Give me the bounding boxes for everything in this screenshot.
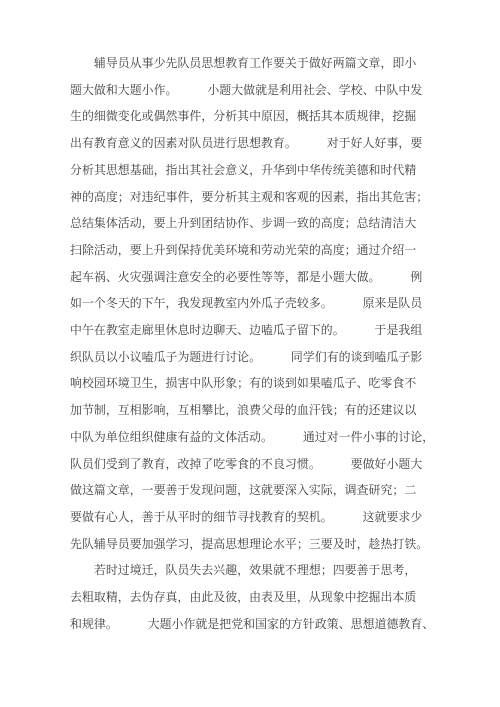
text-line: 中午在教室走廊里休息时边聊天、边嗑瓜子留下的。 于是我组 xyxy=(70,317,438,344)
text-line: 先队辅导员要加强学习，提高思想理论水平；三要及时，趁热打铁。 xyxy=(70,531,438,558)
text-line: 中队为单位组织健康有益的文体活动。 通过对一件小事的讨论， xyxy=(70,424,438,451)
text-line: 分析其思想基础，指出其社会意义，升华到中华传统美德和时代精 xyxy=(70,157,438,184)
text-line: 起车祸、火灾强调注意安全的必要性等等，都是小题大做。 例 xyxy=(70,264,438,291)
document-text: 辅导员从事少先队员思想教育工作要关于做好两篇文章，即小 题大做和大题小作。 小题… xyxy=(70,50,438,637)
text-line: 生的细微变化或偶然事件，分析其中原因，概括其本质规律，挖掘 xyxy=(70,103,438,130)
document-page: 辅导员从事少先队员思想教育工作要关于做好两篇文章，即小 题大做和大题小作。 小题… xyxy=(0,0,500,707)
paragraph-2: 若时过境迁，队员失去兴趣，效果就不理想；四要善于思考， 去粗取精，去伪存真，由此… xyxy=(70,557,438,637)
text-line: 去粗取精，去伪存真，由此及彼，由表及里，从现象中挖掘出本质 xyxy=(70,584,438,611)
text-line: 总结集体活动，要上升到团结协作、步调一致的高度；总结清洁大 xyxy=(70,210,438,237)
text-line: 织队员以小议嗑瓜子为题进行讨论。 同学们有的谈到嗑瓜子影 xyxy=(70,344,438,371)
text-line: 和规律。 大题小作就是把党和国家的方针政策、思想道德教育、 xyxy=(70,611,438,638)
text-line: 若时过境迁，队员失去兴趣，效果就不理想；四要善于思考， xyxy=(70,557,438,584)
text-line: 要做有心人，善于从平时的细节寻找教育的契机。 这就要求少 xyxy=(70,504,438,531)
paragraph-1: 辅导员从事少先队员思想教育工作要关于做好两篇文章，即小 题大做和大题小作。 小题… xyxy=(70,50,438,557)
text-line: 扫除活动，要上升到保持优美环境和劳动光荣的高度；通过介绍一 xyxy=(70,237,438,264)
text-line: 题大做和大题小作。 小题大做就是利用社会、学校、中队中发 xyxy=(70,77,438,104)
text-line: 队员们受到了教育，改掉了吃零食的不良习惯。 要做好小题大 xyxy=(70,451,438,478)
text-line: 如一个冬天的下午，我发现教室内外瓜子壳较多。 原来是队员 xyxy=(70,290,438,317)
text-line: 辅导员从事少先队员思想教育工作要关于做好两篇文章，即小 xyxy=(70,50,438,77)
text-line: 神的高度；对违纪事件，要分析其主观和客观的因素，指出其危害； xyxy=(70,184,438,211)
text-line: 响校园环境卫生，损害中队形象；有的谈到如果嗑瓜子、吃零食不 xyxy=(70,370,438,397)
text-line: 加节制，互相影响，互相攀比，浪费父母的血汗钱；有的还建议以 xyxy=(70,397,438,424)
text-line: 做这篇文章，一要善于发现问题，这就要深入实际，调查研究；二 xyxy=(70,477,438,504)
text-line: 出有教育意义的因素对队员进行思想教育。 对于好人好事，要 xyxy=(70,130,438,157)
